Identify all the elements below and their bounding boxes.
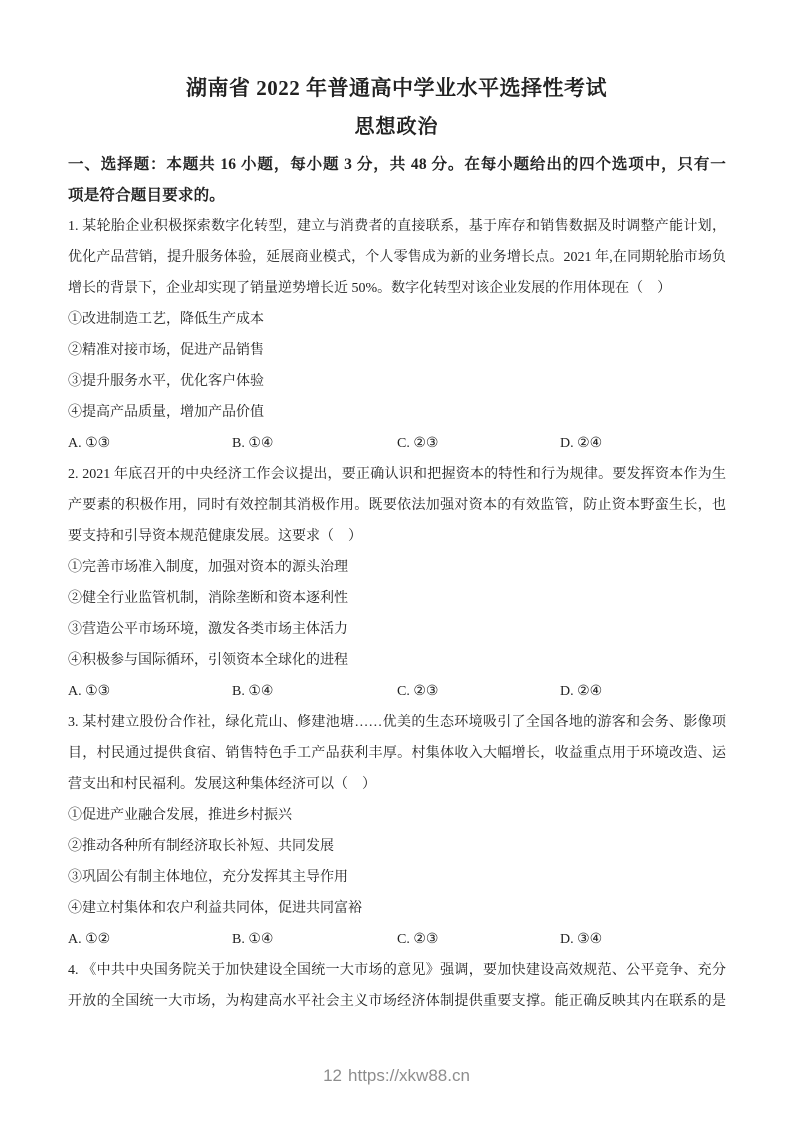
exam-paper-page: 湖南省 2022 年普通高中学业水平选择性考试 思想政治 一、选择题：本题共 1… bbox=[0, 0, 793, 1122]
q3-option-4: ④建立村集体和农户利益共同体，促进共同富裕 bbox=[68, 893, 726, 924]
q1-option-3: ③提升服务水平，优化客户体验 bbox=[68, 366, 726, 397]
question-2: 2. 2021 年底召开的中央经济工作会议提出，要正确认识和把握资本的特性和行为… bbox=[68, 459, 726, 707]
q3-choice-a: A. ①② bbox=[68, 924, 232, 955]
q4-stem-line-1: 4. 《中共中央国务院关于加快建设全国统一大市场的意见》强调，要加快建设高效规范… bbox=[68, 955, 726, 986]
q3-choice-d: D. ③④ bbox=[560, 924, 726, 955]
q1-option-4: ④提高产品质量，增加产品价值 bbox=[68, 397, 726, 428]
q1-option-2: ②精准对接市场，促进产品销售 bbox=[68, 335, 726, 366]
q2-stem-line-2: 产要素的积极作用，同时有效控制其消极作用。既要依法加强对资本的有效监管，防止资本… bbox=[68, 490, 726, 521]
q1-choice-b: B. ①④ bbox=[232, 428, 397, 459]
q3-choices-row: A. ①② B. ①④ C. ②③ D. ③④ bbox=[68, 924, 726, 955]
q2-option-4: ④积极参与国际循环，引领资本全球化的进程 bbox=[68, 645, 726, 676]
q3-stem-line-2: 目，村民通过提供食宿、销售特色手工产品获利丰厚。村集体收入大幅增长，收益重点用于… bbox=[68, 738, 726, 769]
q3-choice-c: C. ②③ bbox=[397, 924, 560, 955]
q1-choices-row: A. ①③ B. ①④ C. ②③ D. ②④ bbox=[68, 428, 726, 459]
q3-option-3: ③巩固公有制主体地位，充分发挥其主导作用 bbox=[68, 862, 726, 893]
exam-title: 湖南省 2022 年普通高中学业水平选择性考试 bbox=[60, 74, 733, 103]
q2-option-1: ①完善市场准入制度，加强对资本的源头治理 bbox=[68, 552, 726, 583]
q2-stem-line-3: 要支持和引导资本规范健康发展。这要求（ ） bbox=[68, 521, 726, 552]
section-instructions: 一、选择题：本题共 16 小题，每小题 3 分，共 48 分。在每小题给出的四个… bbox=[68, 149, 726, 211]
q2-stem-line-1: 2. 2021 年底召开的中央经济工作会议提出，要正确认识和把握资本的特性和行为… bbox=[68, 459, 726, 490]
q1-choice-a: A. ①③ bbox=[68, 428, 232, 459]
q3-stem-line-1: 3. 某村建立股份合作社，绿化荒山、修建池塘……优美的生态环境吸引了全国各地的游… bbox=[68, 707, 726, 738]
footer-site-url: https://xkw88.cn bbox=[348, 1066, 470, 1085]
q3-option-2: ②推动各种所有制经济取长补短、共同发展 bbox=[68, 831, 726, 862]
q1-stem-line-3: 增长的背景下，企业却实现了销量逆势增长近 50%。数字化转型对该企业发展的作用体… bbox=[68, 273, 726, 304]
q2-choices-row: A. ①③ B. ①④ C. ②③ D. ②④ bbox=[68, 676, 726, 707]
q1-stem-line-2: 优化产品营销，提升服务体验，延展商业模式，个人零售成为新的业务增长点。2021 … bbox=[68, 242, 726, 273]
q2-choice-c: C. ②③ bbox=[397, 676, 560, 707]
q2-choice-d: D. ②④ bbox=[560, 676, 726, 707]
q1-stem-line-1: 1. 某轮胎企业积极探索数字化转型，建立与消费者的直接联系，基于库存和销售数据及… bbox=[68, 211, 726, 242]
q3-option-1: ①促进产业融合发展，推进乡村振兴 bbox=[68, 800, 726, 831]
q2-choice-b: B. ①④ bbox=[232, 676, 397, 707]
q1-choice-c: C. ②③ bbox=[397, 428, 560, 459]
q3-choice-b: B. ①④ bbox=[232, 924, 397, 955]
q4-stem-line-2: 开放的全国统一大市场，为构建高水平社会主义市场经济体制提供重要支撑。能正确反映其… bbox=[68, 986, 726, 1017]
exam-body: 一、选择题：本题共 16 小题，每小题 3 分，共 48 分。在每小题给出的四个… bbox=[68, 149, 726, 1017]
question-1: 1. 某轮胎企业积极探索数字化转型，建立与消费者的直接联系，基于库存和销售数据及… bbox=[68, 211, 726, 459]
question-3: 3. 某村建立股份合作社，绿化荒山、修建池塘……优美的生态环境吸引了全国各地的游… bbox=[68, 707, 726, 955]
q2-option-3: ③营造公平市场环境，激发各类市场主体活力 bbox=[68, 614, 726, 645]
page-footer: 12https://xkw88.cn bbox=[0, 1065, 793, 1087]
exam-subject: 思想政治 bbox=[0, 113, 793, 141]
q1-choice-d: D. ②④ bbox=[560, 428, 726, 459]
footer-page-number: 12 bbox=[323, 1066, 342, 1085]
q3-stem-line-3: 营支出和村民福利。发展这种集体经济可以（ ） bbox=[68, 769, 726, 800]
question-4: 4. 《中共中央国务院关于加快建设全国统一大市场的意见》强调，要加快建设高效规范… bbox=[68, 955, 726, 1017]
q2-choice-a: A. ①③ bbox=[68, 676, 232, 707]
section-instructions-line-2: 项是符合题目要求的。 bbox=[68, 180, 726, 211]
q1-option-1: ①改进制造工艺，降低生产成本 bbox=[68, 304, 726, 335]
section-instructions-line-1: 一、选择题：本题共 16 小题，每小题 3 分，共 48 分。在每小题给出的四个… bbox=[68, 149, 726, 180]
q2-option-2: ②健全行业监管机制，消除垄断和资本逐利性 bbox=[68, 583, 726, 614]
